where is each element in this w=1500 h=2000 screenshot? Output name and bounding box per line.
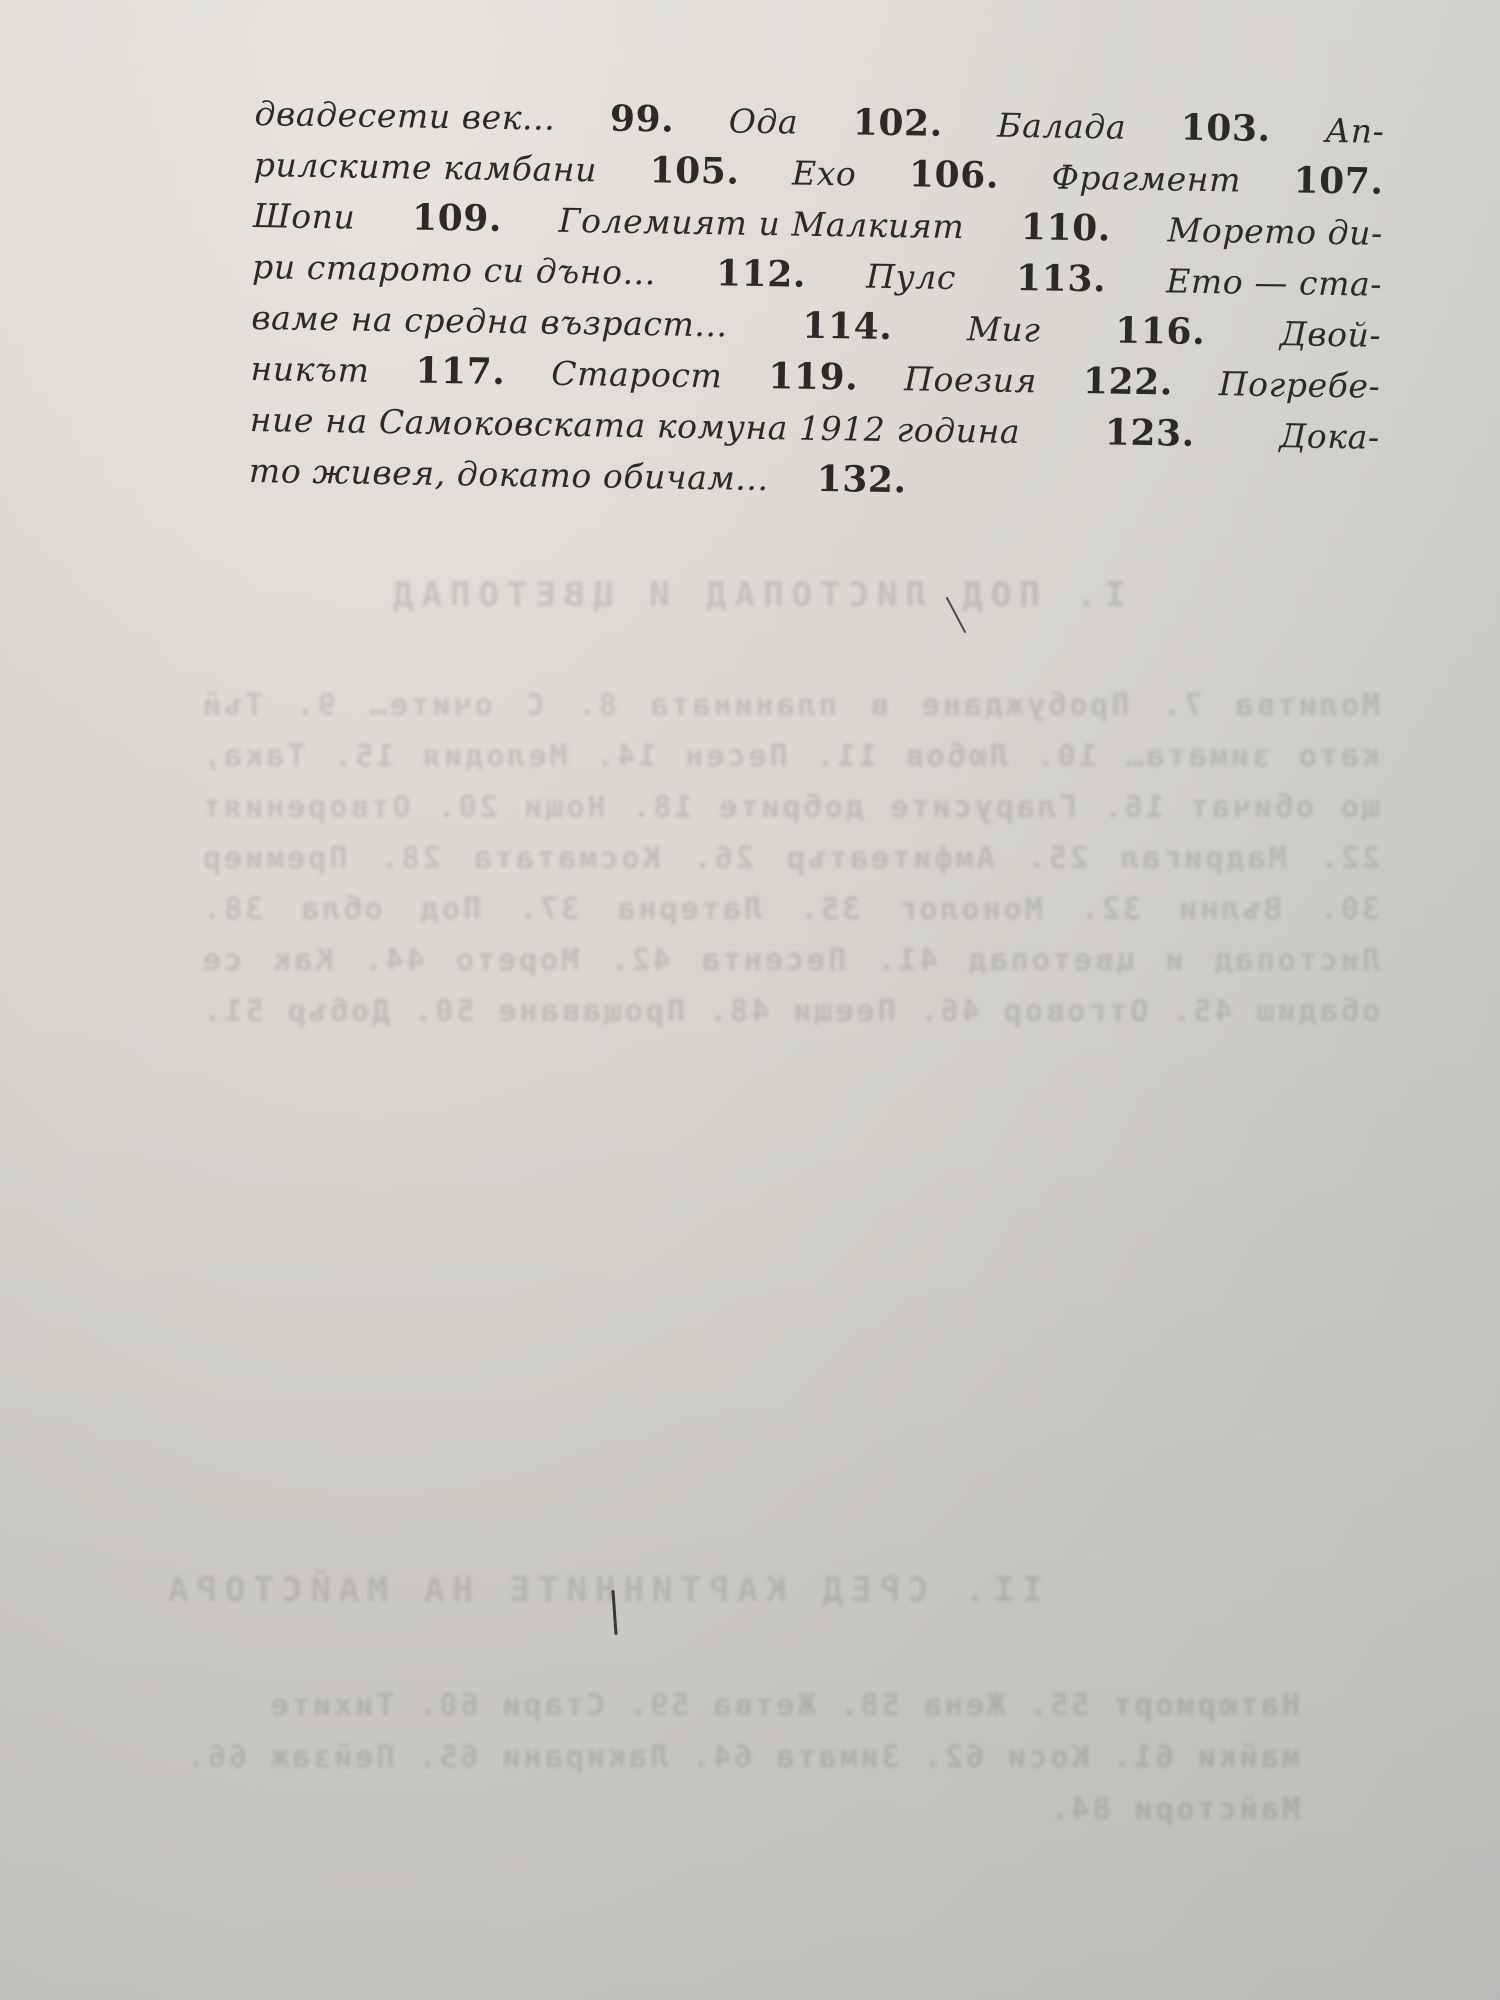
poem-title: двадесети век... [254, 88, 556, 144]
bleed-through-heading-2: II. СРЕД КАРТИННИТЕ НА МАЙСТОРА [160, 1570, 1043, 1610]
poem-title: никът [250, 343, 370, 396]
poem-title: Балада [997, 100, 1127, 153]
poem-title: Поезия [904, 353, 1038, 406]
page-number: 107. [1293, 155, 1384, 207]
poem-title: ваме на средна възраст... [251, 292, 728, 350]
poem-title: Погребе- [1218, 358, 1380, 412]
page-number: 132. [816, 454, 907, 506]
poem-title: рилските камбани [253, 139, 597, 195]
page-number: 109. [412, 192, 503, 244]
poem-title: Фрагмент [1051, 152, 1241, 206]
page-number: 113. [1016, 253, 1107, 305]
poem-title: Шопи [253, 190, 356, 243]
poem-title: Ап- [1325, 105, 1385, 157]
table-of-contents: двадесети век...99.Ода102.Балада103.Ап-р… [249, 88, 1385, 514]
page-number: 123. [1104, 407, 1195, 459]
page-number: 103. [1180, 103, 1271, 155]
page-number: 99. [609, 94, 674, 146]
page-number: 110. [1020, 202, 1111, 254]
bleed-through-heading-1: I. ПОД ЛИСТОПАД И ЦВЕТОПАД [385, 575, 1125, 615]
poem-title: Ехо [792, 147, 857, 199]
page-number: 106. [909, 149, 1000, 201]
poem-title: Старост [551, 348, 723, 402]
bleed-through-body-1: Молитва 7. Пробуждане в планината 8. С о… [200, 680, 1380, 1037]
page-number: 117. [415, 346, 506, 398]
page-number: 105. [649, 145, 740, 197]
poem-title: Дока- [1279, 410, 1380, 463]
bleed-through-body-2: Натюрморт 55. Жена 58. Жетва 59. Стари 6… [150, 1680, 1300, 1836]
poem-title: ри старото си дъно... [252, 241, 657, 298]
page-number: 116. [1115, 306, 1206, 358]
page-number: 122. [1082, 356, 1173, 408]
poem-title: Големият и Малкият [558, 195, 964, 252]
page-number: 114. [802, 301, 893, 353]
poem-title: Морето ди- [1167, 204, 1383, 258]
poem-title: Ода [728, 95, 798, 147]
page-number: 112. [716, 248, 807, 300]
poem-title: Пулс [866, 251, 957, 303]
poem-title: Двой- [1280, 308, 1382, 361]
page-number: 119. [768, 351, 859, 403]
page-number: 102. [852, 97, 943, 149]
poem-title: Ето — ста- [1166, 255, 1383, 309]
poem-title: Миг [967, 303, 1041, 355]
poem-title: то живея, докато обичам... [249, 445, 769, 504]
